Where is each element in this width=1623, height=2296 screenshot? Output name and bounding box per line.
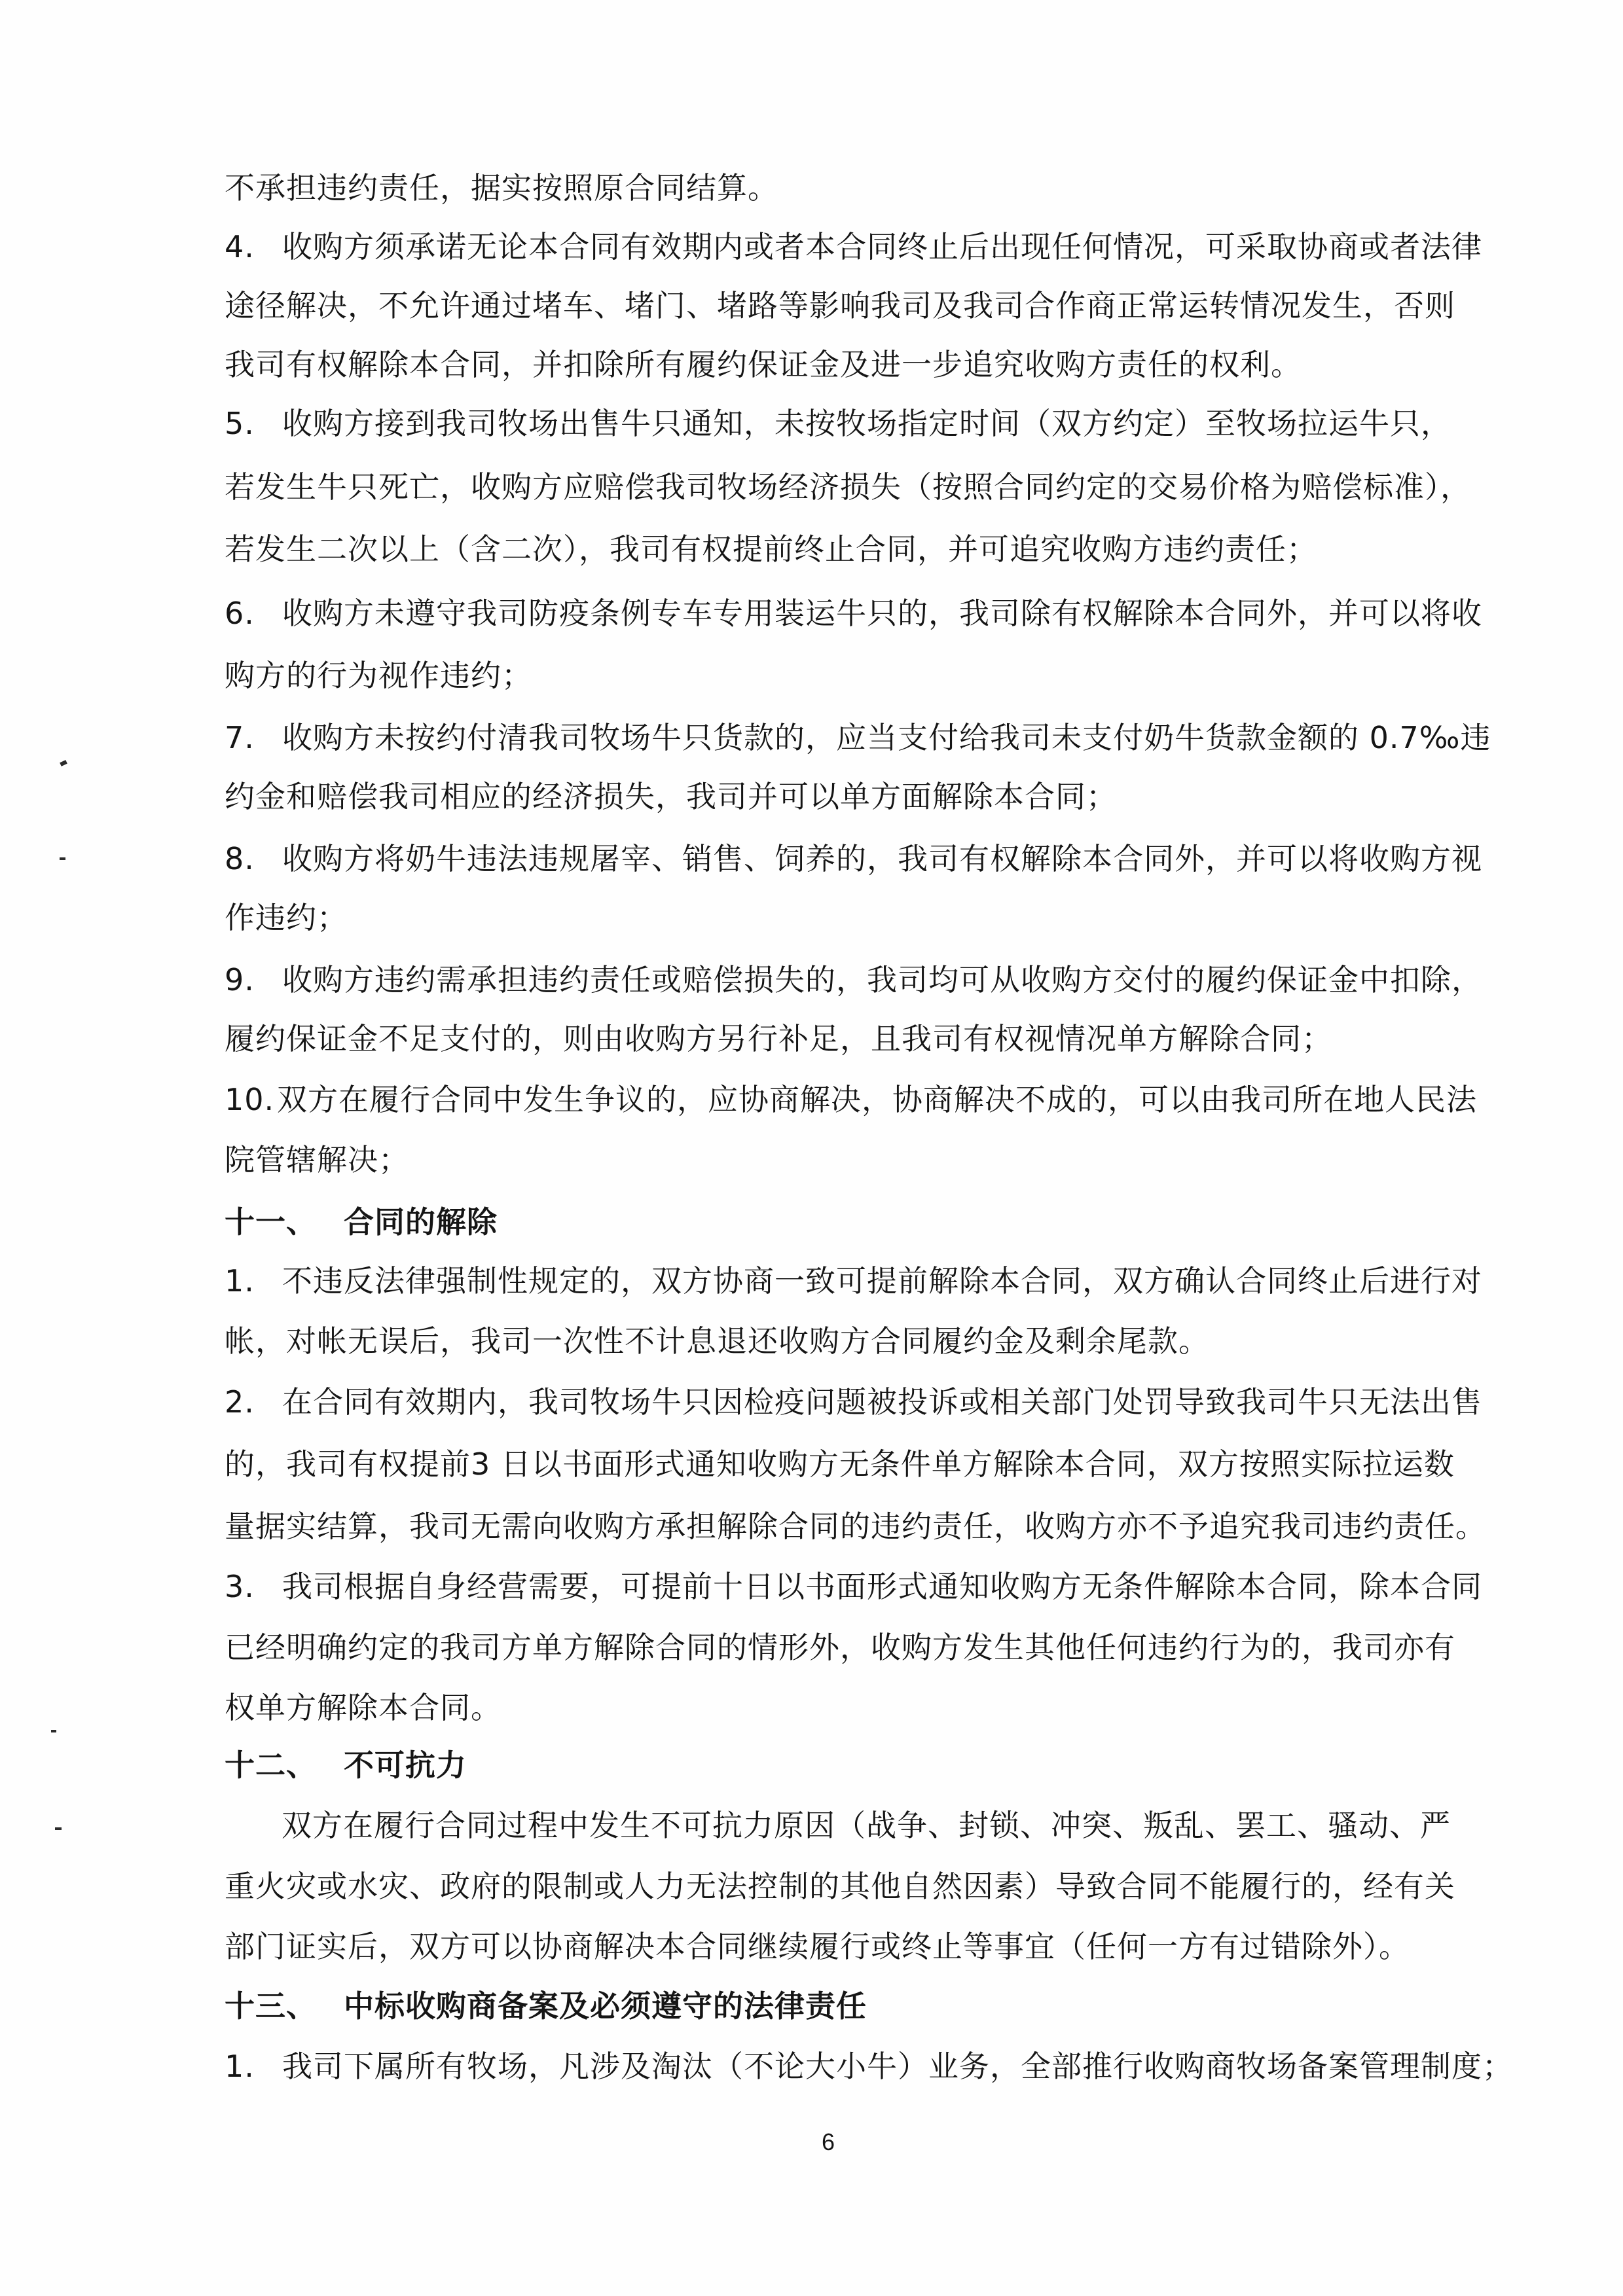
- text-line: 履约保证金不足支付的，则由收购方另行补足，且我司有权视情况单方解除合同；: [225, 1018, 1423, 1060]
- text-line: 若发生二次以上（含二次），我司有权提前终止合同，并可追究收购方违约责任；: [225, 528, 1423, 570]
- list-item-11-2: 2.在合同有效期内，我司牧场牛只因检疫问题被投诉或相关部门处罚导致我司牛只无法出…: [225, 1381, 1423, 1423]
- section-number: 十一、: [225, 1201, 344, 1243]
- text-line: 已经明确约定的我司方单方解除合同的情形外，收购方发生其他任何违约行为的，我司亦有: [225, 1626, 1423, 1668]
- line-text: 权单方解除本合同。: [225, 1690, 501, 1725]
- line-text: 在合同有效期内，我司牧场牛只因检疫问题被投诉或相关部门处罚导致我司牛只无法出售: [282, 1384, 1482, 1420]
- line-text: 收购方未按约付清我司牧场牛只货款的，应当支付给我司未支付奶牛货款金额的 0.7‰…: [282, 720, 1491, 755]
- line-text: 我司根据自身经营需要，可提前十日以书面形式通知收购方无条件解除本合同，除本合同: [282, 1569, 1482, 1604]
- list-item-11-3: 3.我司根据自身经营需要，可提前十日以书面形式通知收购方无条件解除本合同，除本合…: [225, 1566, 1423, 1607]
- line-text: 重火灾或水灾、政府的限制或人力无法控制的其他自然因素）导致合同不能履行的，经有关: [225, 1869, 1455, 1904]
- line-text: 约金和赔偿我司相应的经济损失，我司并可以单方面解除本合同；: [225, 779, 1117, 814]
- item-number: 2.: [225, 1381, 282, 1423]
- list-item-8: 8.收购方将奶牛违法违规屠宰、销售、饲养的，我司有权解除本合同外，并可以将收购方…: [225, 838, 1423, 880]
- line-text: 收购方接到我司牧场出售牛只通知，未按牧场指定时间（双方约定）至牧场拉运牛只，: [282, 406, 1451, 441]
- list-item-9: 9.收购方违约需承担违约责任或赔偿损失的，我司均可从收购方交付的履约保证金中扣除…: [225, 959, 1423, 1001]
- text-line: 帐，对帐无误后，我司一次性不计息退还收购方合同履约金及剩余尾款。: [225, 1320, 1423, 1362]
- line-text: 我司有权解除本合同，并扣除所有履约保证金及进一步追究收购方责任的权利。: [225, 347, 1302, 382]
- text-line: 院管辖解决；: [225, 1139, 1423, 1181]
- section-number: 十三、: [225, 1985, 344, 2027]
- line-text: 的，我司有权提前3 日以书面形式通知收购方无条件单方解除本合同，双方按照实际拉运…: [225, 1446, 1455, 1482]
- text-line: 若发生牛只死亡，收购方应赔偿我司牧场经济损失（按照合同约定的交易价格为赔偿标准）…: [225, 466, 1423, 508]
- line-text: 购方的行为视作违约；: [225, 658, 532, 693]
- line-text: 若发生二次以上（含二次），我司有权提前终止合同，并可追究收购方违约责任；: [225, 531, 1317, 567]
- line-text: 已经明确约定的我司方单方解除合同的情形外，收购方发生其他任何违约行为的，我司亦有: [225, 1630, 1455, 1665]
- line-text: 收购方将奶牛违法违规屠宰、销售、饲养的，我司有权解除本合同外，并可以将收购方视: [282, 841, 1482, 876]
- line-text: 不承担违约责任，据实按照原合同结算。: [225, 170, 778, 206]
- line-text: 若发生牛只死亡，收购方应赔偿我司牧场经济损失（按照合同约定的交易价格为赔偿标准）…: [225, 469, 1471, 505]
- line-text: 我司下属所有牧场，凡涉及淘汰（不论大小牛）业务，全部推行收购商牧场备案管理制度；: [282, 2049, 1513, 2084]
- text-line: 作违约；: [225, 897, 1423, 939]
- item-number: 10.: [225, 1079, 277, 1121]
- text-line: 不承担违约责任，据实按照原合同结算。: [225, 167, 1423, 209]
- item-number: 1.: [225, 1260, 282, 1302]
- list-item-13-1: 1.我司下属所有牧场，凡涉及淘汰（不论大小牛）业务，全部推行收购商牧场备案管理制…: [225, 2045, 1423, 2087]
- list-item-4: 4.收购方须承诺无论本合同有效期内或者本合同终止后出现任何情况，可采取协商或者法…: [225, 226, 1423, 268]
- text-line: 的，我司有权提前3 日以书面形式通知收购方无条件单方解除本合同，双方按照实际拉运…: [225, 1443, 1423, 1485]
- text-line: 我司有权解除本合同，并扣除所有履约保证金及进一步追究收购方责任的权利。: [225, 344, 1423, 386]
- line-text: 收购方未遵守我司防疫条例专车专用装运牛只的，我司除有权解除本合同外，并可以将收: [282, 596, 1482, 631]
- scan-mark: [55, 1827, 62, 1830]
- line-text: 途径解决，不允许通过堵车、堵门、堵路等影响我司及我司合作商正常运转情况发生，否则: [225, 288, 1455, 323]
- line-text: 院管辖解决；: [225, 1142, 409, 1177]
- line-text: 双方在履行合同中发生争议的，应协商解决，协商解决不成的，可以由我司所在地人民法: [277, 1082, 1477, 1117]
- section-title: 合同的解除: [344, 1204, 498, 1240]
- document-page: 不承担违约责任，据实按照原合同结算。 4.收购方须承诺无论本合同有效期内或者本合…: [0, 0, 1623, 2296]
- text-line: 重火灾或水灾、政府的限制或人力无法控制的其他自然因素）导致合同不能履行的，经有关: [225, 1865, 1423, 1907]
- text-line: 购方的行为视作违约；: [225, 655, 1423, 696]
- scan-mark: [60, 760, 67, 766]
- item-number: 8.: [225, 838, 282, 880]
- line-text: 双方在履行合同过程中发生不可抗力原因（战争、封锁、冲突、叛乱、罢工、骚动、严: [282, 1808, 1451, 1843]
- line-text: 作违约；: [225, 900, 348, 935]
- section-heading-13: 十三、中标收购商备案及必须遵守的法律责任: [225, 1985, 1423, 2027]
- line-text: 部门证实后，双方可以协商解决本合同继续履行或终止等事宜（任何一方有过错除外）。: [225, 1929, 1410, 1964]
- section-heading-11: 十一、合同的解除: [225, 1201, 1423, 1243]
- text-line: 量据实结算，我司无需向收购方承担解除合同的违约责任，收购方亦不予追究我司违约责任…: [225, 1505, 1423, 1547]
- item-number: 4.: [225, 226, 282, 268]
- section-title: 中标收购商备案及必须遵守的法律责任: [344, 1988, 867, 2024]
- text-line: 约金和赔偿我司相应的经济损失，我司并可以单方面解除本合同；: [225, 776, 1423, 817]
- line-text: 收购方违约需承担违约责任或赔偿损失的，我司均可从收购方交付的履约保证金中扣除，: [282, 962, 1482, 997]
- page-number: 6: [815, 2126, 841, 2159]
- list-item-5: 5.收购方接到我司牧场出售牛只通知，未按牧场指定时间（双方约定）至牧场拉运牛只，: [225, 403, 1423, 444]
- item-number: 1.: [225, 2045, 282, 2087]
- text-line: 权单方解除本合同。: [225, 1687, 1423, 1729]
- item-number: 6.: [225, 592, 282, 634]
- section-heading-12: 十二、不可抗力: [225, 1744, 1423, 1786]
- list-item-11-1: 1.不违反法律强制性规定的，双方协商一致可提前解除本合同，双方确认合同终止后进行…: [225, 1260, 1423, 1302]
- list-item-6: 6.收购方未遵守我司防疫条例专车专用装运牛只的，我司除有权解除本合同外，并可以将…: [225, 592, 1423, 634]
- line-text: 不违反法律强制性规定的，双方协商一致可提前解除本合同，双方确认合同终止后进行对: [282, 1263, 1482, 1299]
- line-text: 履约保证金不足支付的，则由收购方另行补足，且我司有权视情况单方解除合同；: [225, 1021, 1332, 1056]
- item-number: 5.: [225, 403, 282, 444]
- text-line: 部门证实后，双方可以协商解决本合同继续履行或终止等事宜（任何一方有过错除外）。: [225, 1926, 1423, 1967]
- section-title: 不可抗力: [344, 1748, 467, 1783]
- section-number: 十二、: [225, 1744, 344, 1786]
- item-number: 7.: [225, 717, 282, 759]
- item-number: 3.: [225, 1566, 282, 1607]
- line-text: 量据实结算，我司无需向收购方承担解除合同的违约责任，收购方亦不予追究我司违约责任…: [225, 1509, 1486, 1544]
- scan-mark: [60, 857, 65, 860]
- item-number: 9.: [225, 959, 282, 1001]
- scan-mark: [51, 1730, 56, 1732]
- line-text: 帐，对帐无误后，我司一次性不计息退还收购方合同履约金及剩余尾款。: [225, 1323, 1209, 1359]
- list-item-10: 10.双方在履行合同中发生争议的，应协商解决，协商解决不成的，可以由我司所在地人…: [225, 1079, 1423, 1121]
- text-line: 途径解决，不允许通过堵车、堵门、堵路等影响我司及我司合作商正常运转情况发生，否则: [225, 285, 1423, 327]
- line-text: 收购方须承诺无论本合同有效期内或者本合同终止后出现任何情况，可采取协商或者法律: [282, 229, 1482, 264]
- paragraph-line: 双方在履行合同过程中发生不可抗力原因（战争、封锁、冲突、叛乱、罢工、骚动、严: [282, 1804, 1423, 1846]
- list-item-7: 7.收购方未按约付清我司牧场牛只货款的，应当支付给我司未支付奶牛货款金额的 0.…: [225, 717, 1423, 759]
